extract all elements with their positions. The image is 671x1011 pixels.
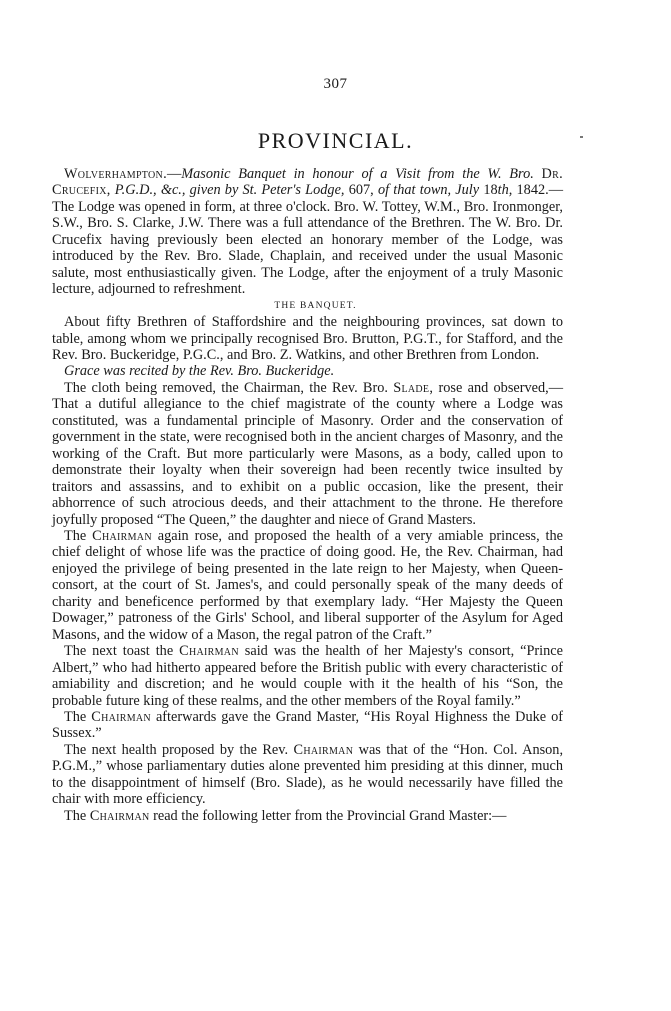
chairman-name: Chairman bbox=[92, 528, 152, 544]
chairman-name: Chairman bbox=[179, 643, 239, 659]
article-body: Wolverhampton.—Masonic Banquet in honour… bbox=[52, 166, 563, 824]
paragraph-queen-toast: The cloth being removed, the Chairman, t… bbox=[52, 380, 563, 528]
heading-italic: Masonic Banquet in honour of a Visit fro… bbox=[181, 166, 534, 182]
text: The cloth being removed, the Chairman, t… bbox=[64, 380, 388, 396]
lodge-number: 607, bbox=[349, 182, 374, 198]
chairman-name: Chairman bbox=[294, 742, 354, 758]
date-number: 18 bbox=[483, 182, 497, 198]
text: The bbox=[64, 709, 86, 725]
date-suffix: th, bbox=[498, 182, 513, 198]
chairman-name: Chairman bbox=[90, 808, 150, 824]
text: The bbox=[64, 528, 86, 544]
paragraph-anson-toast: The next health proposed by the Rev. Cha… bbox=[52, 742, 563, 808]
section-heading: THE BANQUET. bbox=[52, 298, 563, 314]
grace-text: Grace was recited by the Rev. Bro. Bucke… bbox=[64, 363, 334, 379]
text: The next toast the bbox=[64, 643, 173, 659]
person-name: Slade, bbox=[393, 380, 433, 396]
paragraph-grace: Grace was recited by the Rev. Bro. Bucke… bbox=[52, 363, 563, 379]
heading-italic-pgd: P.G.D., &c., given by St. Peter's Lodge, bbox=[115, 182, 345, 198]
text: The bbox=[64, 808, 86, 824]
page-number: 307 bbox=[0, 76, 671, 93]
text: rose and observed,—That a dutiful allegi… bbox=[52, 380, 563, 528]
paragraph-intro: Wolverhampton.—Masonic Banquet in honour… bbox=[52, 166, 563, 298]
page-title: PROVINCIAL. bbox=[0, 128, 671, 154]
paragraph-dowager-toast: The Chairman again rose, and proposed th… bbox=[52, 528, 563, 643]
paragraph-albert-toast: The next toast the Chairman said was the… bbox=[52, 643, 563, 709]
chairman-name: Chairman bbox=[91, 709, 151, 725]
dash: — bbox=[167, 166, 181, 182]
heading-italic-town: of that town, July bbox=[378, 182, 479, 198]
paragraph-grand-master-toast: The Chairman afterwards gave the Grand M… bbox=[52, 709, 563, 742]
text: again rose, and proposed the health of a… bbox=[52, 528, 563, 643]
paragraph-letter-intro: The Chairman read the following letter f… bbox=[52, 808, 563, 824]
text: The next health proposed by the Rev. bbox=[64, 742, 288, 758]
text: read the following letter from the Provi… bbox=[153, 808, 506, 824]
paragraph-text: 1842.—The Lodge was opened in form, at t… bbox=[52, 182, 563, 297]
paragraph-attendees: About fifty Brethren of Staffordshire an… bbox=[52, 314, 563, 363]
scan-artifact bbox=[580, 136, 583, 138]
place-name: Wolverhampton. bbox=[64, 166, 167, 182]
